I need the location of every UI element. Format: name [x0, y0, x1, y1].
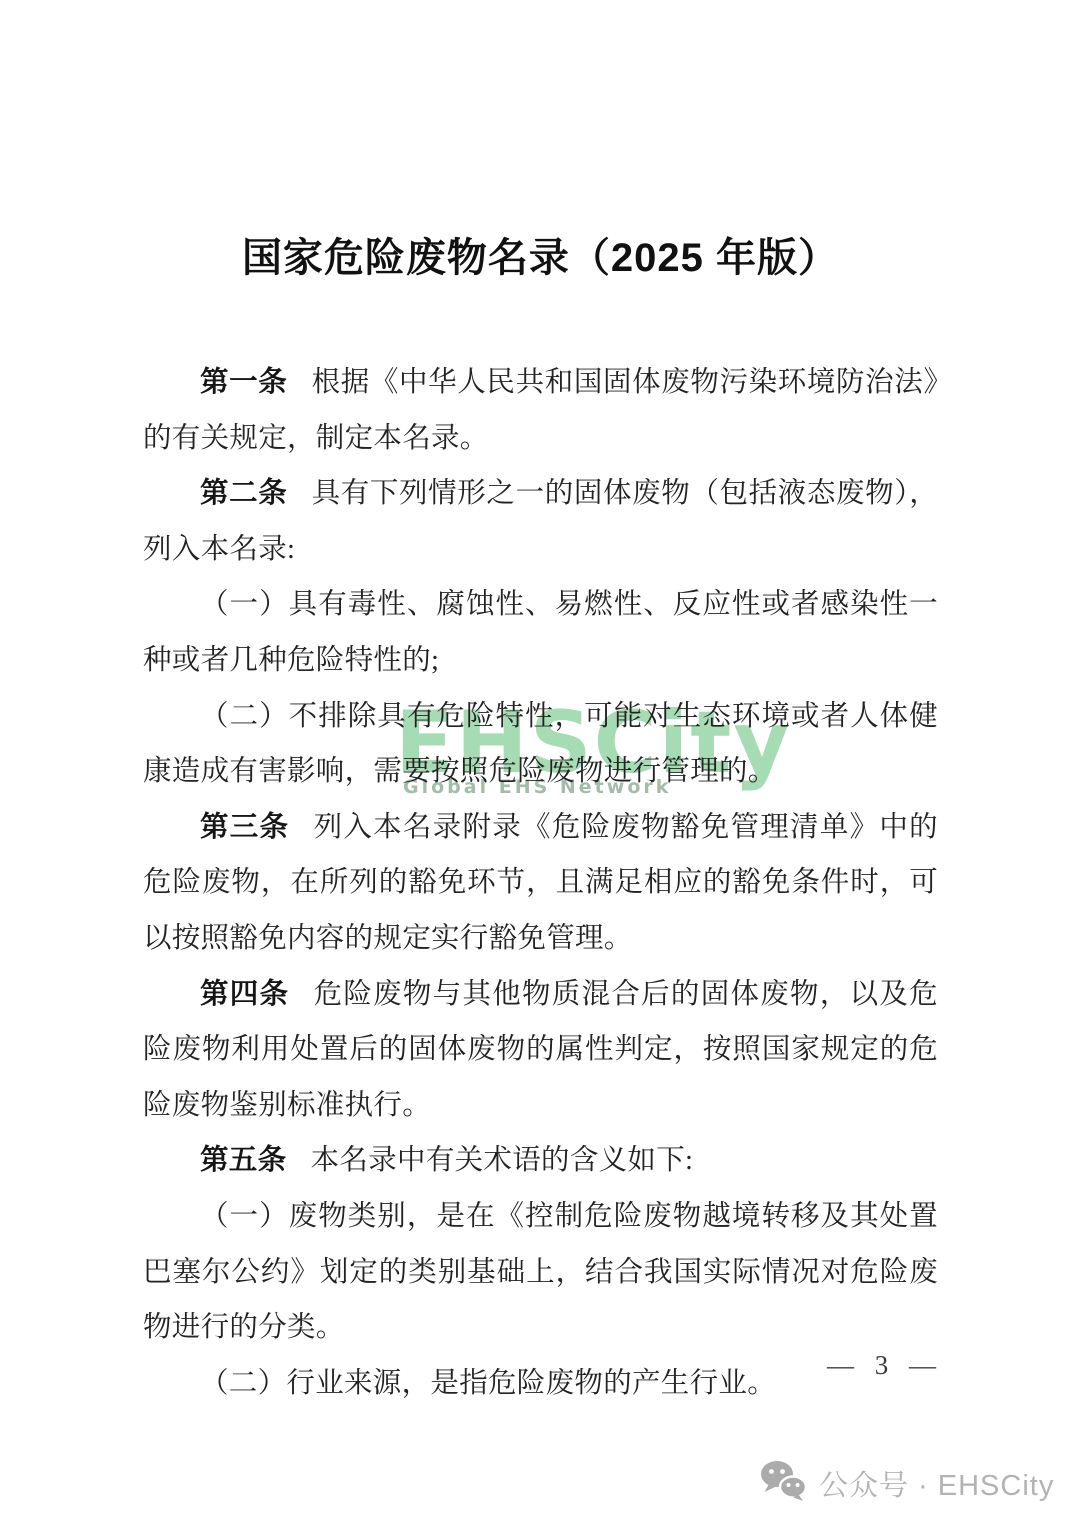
paragraph-article-1: 第一条根据《中华人民共和国固体废物污染环境防治法》的有关规定，制定本名录。 — [143, 355, 938, 466]
article-label: 第三条 — [200, 811, 289, 843]
page-number: — 3 — — [827, 1350, 943, 1381]
paragraph-article-5: 第五条本名录中有关术语的含义如下: — [143, 1133, 938, 1189]
article-label: 第五条 — [200, 1144, 286, 1176]
paragraph-article-3: 第三条列入本名录附录《危险废物豁免管理清单》中的危险废物，在所列的豁免环节，且满… — [143, 800, 938, 967]
paragraph-term-1: （一）废物类别，是在《控制危险废物越境转移及其处置巴塞尔公约》划定的类别基础上，… — [143, 1189, 938, 1356]
article-label: 第二条 — [200, 477, 287, 509]
document-content: 国家危险废物名录（2025 年版） 第一条根据《中华人民共和国固体废物污染环境防… — [143, 234, 938, 1411]
paragraph-term-2: （二）行业来源，是指危险废物的产生行业。 — [143, 1356, 938, 1412]
paragraph-item-2: （二）不排除具有危险特性，可能对生态环境或者人体健康造成有害影响，需要按照危险废… — [143, 689, 938, 800]
paragraph-article-2: 第二条具有下列情形之一的固体废物（包括液态废物），列入本名录: — [143, 466, 938, 577]
paragraph-text: （二）行业来源，是指危险废物的产生行业。 — [200, 1368, 776, 1399]
footer: 公众号 · EHSCity — [760, 1460, 1054, 1507]
paragraph-article-4: 第四条危险废物与其他物质混合后的固体废物，以及危险废物利用处置后的固体废物的属性… — [143, 967, 938, 1134]
paragraph-item-1: （一）具有毒性、腐蚀性、易燃性、反应性或者感染性一种或者几种危险特性的; — [143, 577, 938, 688]
document-page: EHSCity Global EHS Network 国家危险废物名录（2025… — [0, 0, 1080, 1527]
paragraph-text: （一）废物类别，是在《控制危险废物越境转移及其处置巴塞尔公约》划定的类别基础上，… — [143, 1201, 938, 1343]
article-label: 第四条 — [200, 978, 289, 1010]
document-title: 国家危险废物名录（2025 年版） — [143, 234, 938, 282]
article-label: 第一条 — [200, 366, 287, 398]
footer-wechat-label: 公众号 · EHSCity — [819, 1463, 1054, 1504]
wechat-icon — [760, 1460, 808, 1507]
paragraph-text: （二）不排除具有危险特性，可能对生态环境或者人体健康造成有害影响，需要按照危险废… — [143, 701, 938, 788]
paragraph-text: （一）具有毒性、腐蚀性、易燃性、反应性或者感染性一种或者几种危险特性的; — [143, 589, 938, 676]
paragraph-text: 本名录中有关术语的含义如下: — [311, 1145, 694, 1176]
